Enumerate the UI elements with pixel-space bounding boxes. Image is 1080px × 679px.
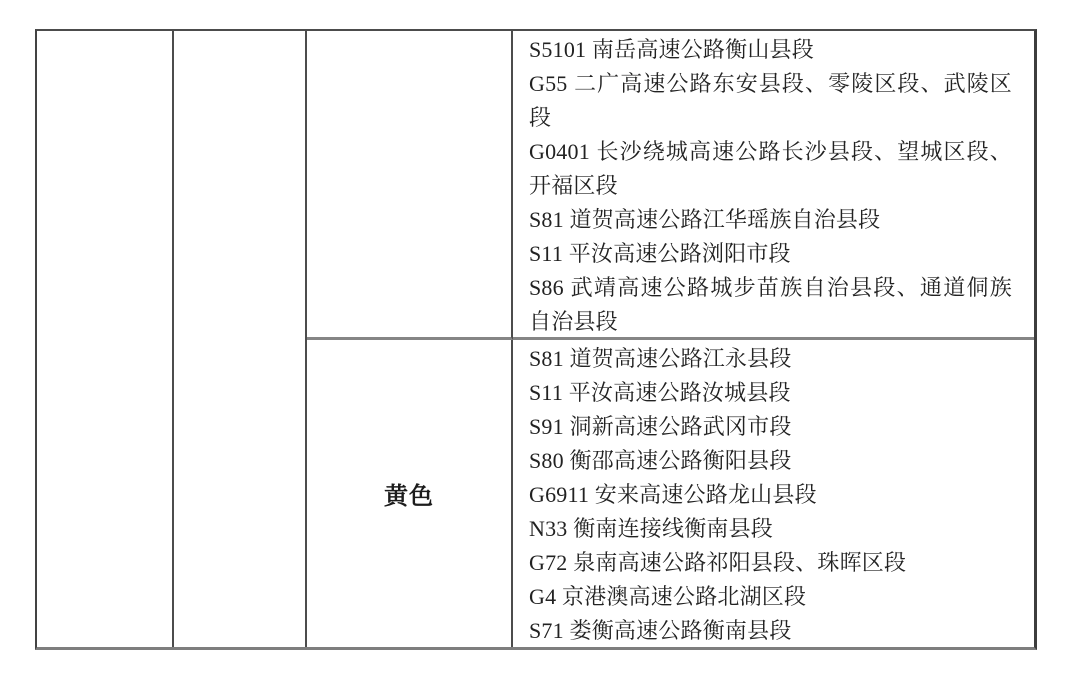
- road-item: S5101 南岳高速公路衡山县段: [529, 33, 1012, 67]
- road-item: S91 洞新高速公路武冈市段: [529, 410, 1012, 444]
- document-page: S5101 南岳高速公路衡山县段 G55 二广高速公路东安县段、零陵区段、武陵区…: [0, 0, 1080, 679]
- table-cell-roads-row1: S5101 南岳高速公路衡山县段 G55 二广高速公路东安县段、零陵区段、武陵区…: [513, 31, 1034, 340]
- road-item: S80 衡邵高速公路衡阳县段: [529, 444, 1012, 478]
- road-item: G55 二广高速公路东安县段、零陵区段、武陵区段: [529, 67, 1012, 135]
- road-item: G6911 安来高速公路龙山县段: [529, 478, 1012, 512]
- road-item: S81 道贺高速公路江永县段: [529, 342, 1012, 376]
- table-cell-level-row2: 黄色: [307, 340, 513, 647]
- table-cell-roads-row2: S81 道贺高速公路江永县段 S11 平汝高速公路汝城县段 S91 洞新高速公路…: [513, 340, 1034, 647]
- road-item: G4 京港澳高速公路北湖区段: [529, 580, 1012, 614]
- table-cell-empty-col2: [174, 31, 307, 647]
- road-item: S11 平汝高速公路汝城县段: [529, 376, 1012, 410]
- color-level-label-row2: 黄色: [384, 476, 434, 511]
- highway-grade-table: S5101 南岳高速公路衡山县段 G55 二广高速公路东安县段、零陵区段、武陵区…: [35, 29, 1037, 650]
- road-item: S11 平汝高速公路浏阳市段: [529, 237, 1012, 271]
- road-item: G0401 长沙绕城高速公路长沙县段、望城区段、开福区段: [529, 135, 1012, 203]
- road-item: S71 娄衡高速公路衡南县段: [529, 614, 1012, 647]
- road-item: G72 泉南高速公路祁阳县段、珠晖区段: [529, 546, 1012, 580]
- table-cell-empty-col1: [37, 31, 174, 647]
- road-item: S86 武靖高速公路城步苗族自治县段、通道侗族自治县段: [529, 271, 1012, 339]
- road-item: N33 衡南连接线衡南县段: [529, 512, 1012, 546]
- table-cell-level-row1: [307, 31, 513, 340]
- road-item: S81 道贺高速公路江华瑶族自治县段: [529, 203, 1012, 237]
